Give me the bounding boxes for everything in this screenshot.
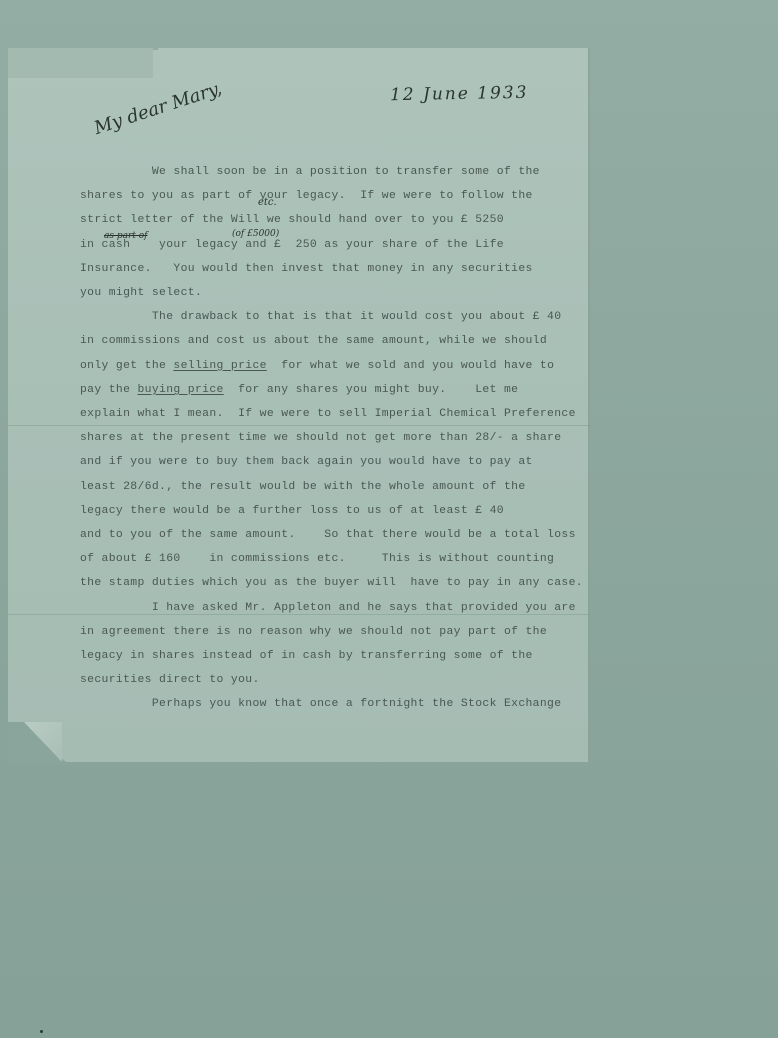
text-line: Insurance. You would then invest that mo…	[80, 263, 533, 275]
text-line: only get the selling price for what we s…	[80, 360, 554, 372]
paper-notch	[8, 48, 153, 78]
underlined-phrase: selling price	[173, 360, 266, 372]
handwritten-date: 12 June 1933	[390, 83, 529, 105]
text-line: of about £ 160 in commissions etc. This …	[80, 553, 554, 565]
text-line: legacy in shares instead of in cash by t…	[80, 650, 533, 662]
text-line: explain what I mean. If we were to sell …	[80, 408, 576, 420]
fold-line	[8, 425, 590, 426]
text-line: pay the buying price for any shares you …	[80, 384, 518, 396]
text-line: and if you were to buy them back again y…	[80, 456, 533, 468]
underlined-phrase: buying price	[137, 384, 223, 396]
annotation-below-will: (of £5000)	[232, 229, 279, 239]
text-line: shares to you as part of your legacy. If…	[80, 190, 533, 202]
text-line: strict letter of the Will we should hand…	[80, 214, 504, 226]
text-line: you might select.	[80, 287, 202, 299]
text-line: and to you of the same amount. So that t…	[80, 529, 576, 541]
text-line: shares at the present time we should not…	[80, 432, 561, 444]
text-line: in agreement there is no reason why we s…	[80, 626, 547, 638]
text-line: least 28/6d., the result would be with t…	[80, 481, 526, 493]
text-line: Perhaps you know that once a fortnight t…	[80, 698, 561, 710]
text-line: legacy there would be a further loss to …	[80, 505, 504, 517]
speck	[40, 1030, 43, 1033]
text-line: The drawback to that is that it would co…	[80, 311, 561, 323]
paper-edge	[588, 48, 590, 762]
text-line: in cash your legacy and £ 250 as your sh…	[80, 239, 504, 251]
text-line: securities direct to you.	[80, 674, 260, 686]
text-line: the stamp duties which you as the buyer …	[80, 577, 583, 589]
text-line: We shall soon be in a position to transf…	[80, 166, 540, 178]
fold-line	[8, 614, 590, 615]
text-line: in commissions and cost us about the sam…	[80, 335, 547, 347]
text-line: I have asked Mr. Appleton and he says th…	[80, 602, 576, 614]
